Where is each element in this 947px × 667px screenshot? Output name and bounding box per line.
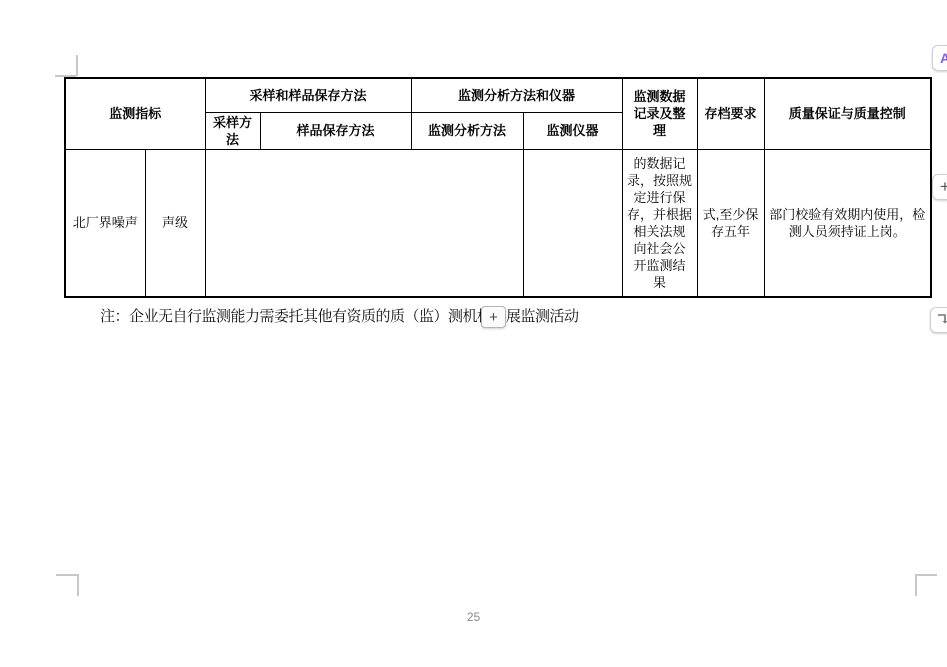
header-sampling-group: 采样和样品保存方法 — [205, 78, 411, 112]
cell-sampling-merged — [205, 149, 523, 297]
cell-data-record: 的数据记 录，按照规 定进行保 存，并根据 相关法规 向社会公 开监测结 果 — [622, 149, 697, 297]
font-style-button[interactable]: A — [932, 45, 947, 71]
cropmark-top-left-vertical — [76, 55, 78, 76]
table-note: 注：企业无自行监测能力需委托其他有资质的质（监）测机构开展监测活动 — [100, 308, 579, 326]
letter-a-icon: A — [940, 50, 947, 66]
header-sample-preservation: 样品保存方法 — [260, 112, 411, 149]
plus-icon: + — [940, 177, 947, 197]
cell-metric: 声级 — [145, 149, 205, 297]
cell-instrument — [523, 149, 622, 297]
cropmark-bottom-left-horizontal — [56, 574, 77, 576]
header-indicator: 监测指标 — [65, 78, 205, 149]
header-analysis-method: 监测分析方法 — [411, 112, 523, 149]
cropmark-bottom-left-vertical — [77, 574, 79, 596]
cropmark-bottom-right-horizontal — [916, 574, 937, 576]
header-qa: 质量保证与质量控制 — [764, 78, 931, 149]
cell-site: 北厂界噪声 — [65, 149, 145, 297]
zoom-in-button[interactable]: + — [932, 174, 947, 200]
inline-plus-button[interactable]: + — [481, 306, 506, 328]
corner-arrow-icon — [936, 312, 947, 329]
plus-icon: + — [489, 309, 498, 326]
cropmark-bottom-right-vertical — [915, 574, 917, 596]
cell-archive: 式,至少保 存五年 — [697, 149, 764, 297]
page-number: 25 — [0, 610, 947, 624]
header-sampling-method: 采样方 法 — [205, 112, 260, 149]
cell-qa: 部门校验有效期内使用，检 测人员须持证上岗。 — [764, 149, 931, 297]
header-instrument: 监测仪器 — [523, 112, 622, 149]
monitoring-table: 监测指标 采样和样品保存方法 监测分析方法和仪器 监测数据 记录及整 理 存档要… — [64, 77, 932, 298]
header-data-record: 监测数据 记录及整 理 — [622, 78, 697, 149]
header-analysis-group: 监测分析方法和仪器 — [411, 78, 622, 112]
document-page: 监测指标 采样和样品保存方法 监测分析方法和仪器 监测数据 记录及整 理 存档要… — [0, 0, 947, 667]
corner-arrow-button[interactable] — [930, 307, 947, 333]
header-archive: 存档要求 — [697, 78, 764, 149]
